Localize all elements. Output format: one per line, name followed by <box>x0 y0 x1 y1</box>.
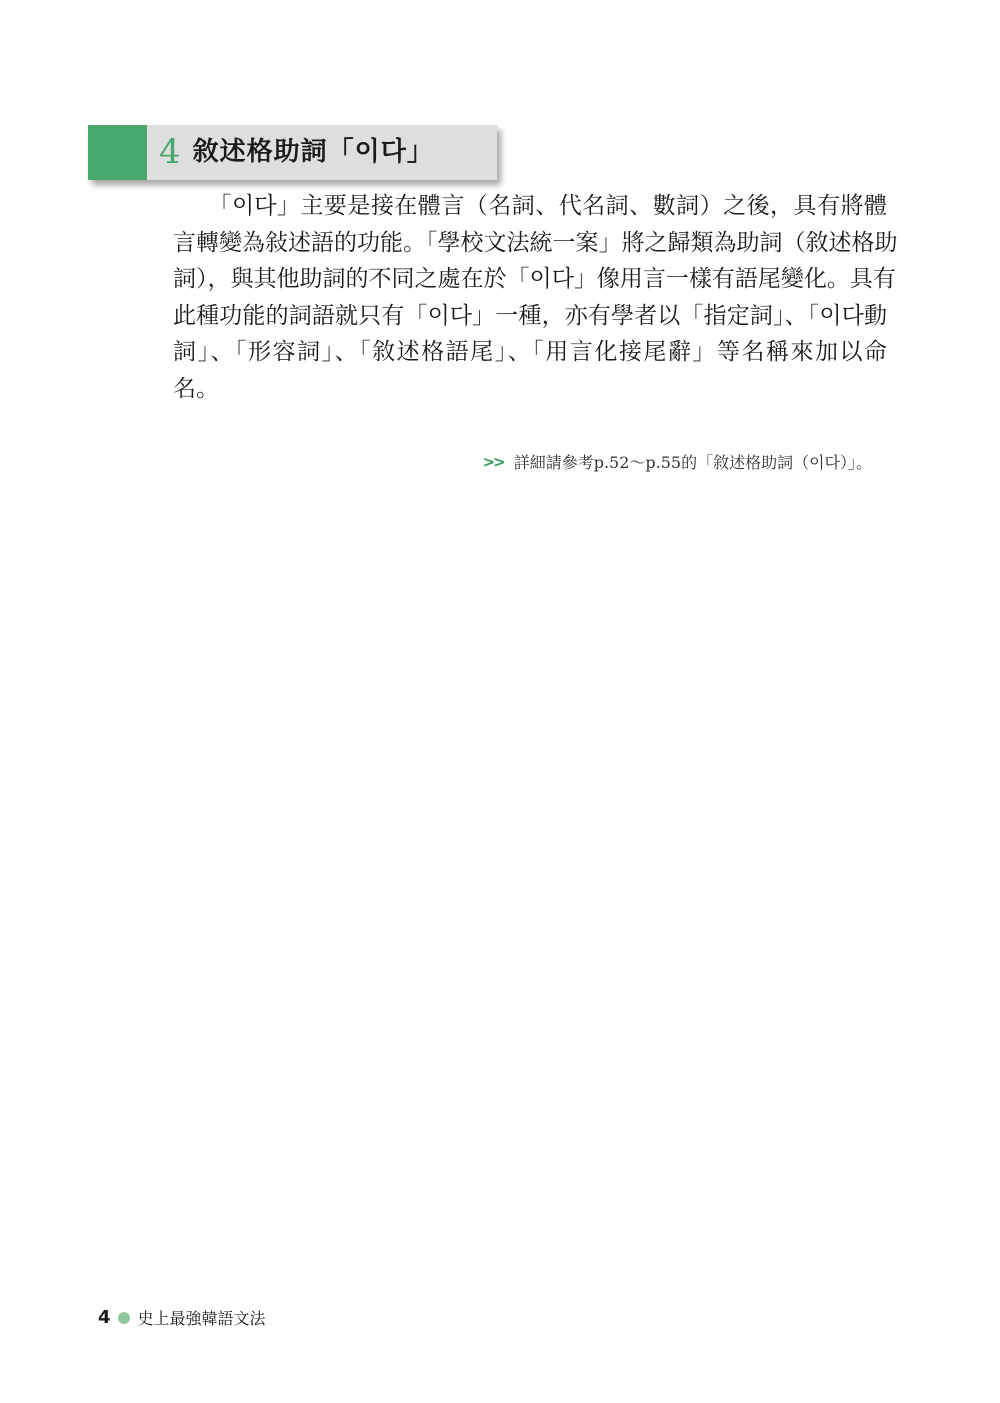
reference-note: >> 詳細請參考p.52～p.55的「敘述格助詞（이다）」。 <box>483 450 872 473</box>
paragraph-line: 言轉變為敍述語的功能。「學校文法統一案」將之歸類為助詞（敘述格助 <box>173 225 887 262</box>
section-title: 敘述格助詞「이다」 <box>193 125 434 180</box>
page-footer: 4 史上最強韓語文法 <box>98 1306 266 1329</box>
dot-icon <box>118 1312 130 1324</box>
paragraph-line: 此種功能的詞語就只有「이다」一種，亦有學者以「指定詞」、「이다動 <box>173 298 887 335</box>
section-accent-block <box>88 125 147 180</box>
body-paragraph: 「이다」主要是接在體言（名詞、代名詞、數詞）之後，具有將體 言轉變為敍述語的功能… <box>173 188 887 407</box>
reference-text: 詳細請參考p.52～p.55的「敘述格助詞（이다）」。 <box>514 450 872 473</box>
paragraph-line: 詞」、「形容詞」、「敘述格語尾」、「用言化接尾辭」等名稱來加以命 <box>173 334 887 371</box>
page-number: 4 <box>98 1307 111 1328</box>
paragraph-line: 詞），與其他助詞的不同之處在於「이다」像用言一樣有語尾變化。具有 <box>173 261 887 298</box>
section-header: 4 敘述格助詞「이다」 <box>88 125 497 180</box>
paragraph-line: 名。 <box>173 371 887 408</box>
book-title: 史上最強韓語文法 <box>138 1306 266 1329</box>
section-number: 4 <box>159 125 181 180</box>
double-chevron-right-icon: >> <box>483 453 504 471</box>
paragraph-line: 「이다」主要是接在體言（名詞、代名詞、數詞）之後，具有將體 <box>173 188 887 225</box>
